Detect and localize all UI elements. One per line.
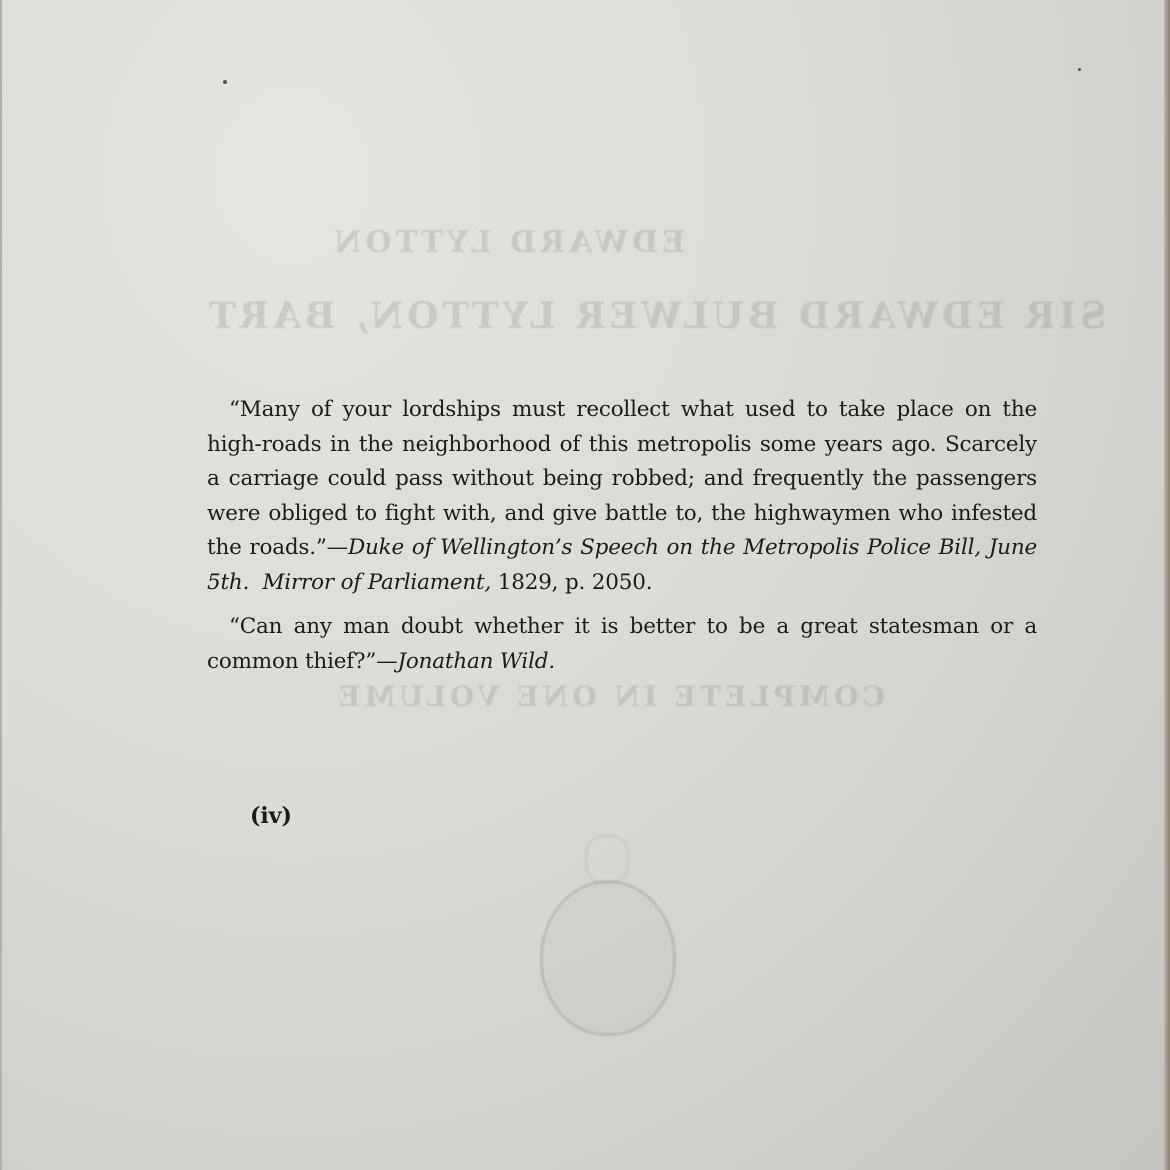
show-through-seal-icon: [540, 880, 676, 1036]
epigraph-dash: —: [327, 535, 348, 560]
epigraph-source-citation: 1829, p. 2050.: [491, 570, 652, 595]
show-through-text-line-2: SIR EDWARD BULWER LYTTON, BART: [205, 295, 1106, 337]
epigraph-source-title: Mirror of Parliament,: [262, 570, 491, 595]
epigraph-block: “Many of your lordships must recollect w…: [207, 393, 1037, 679]
page-number: (iv): [250, 803, 292, 829]
epigraph-quote-text: “Can any man doubt whether it is better …: [207, 614, 1037, 674]
paper-speck: [223, 80, 227, 84]
book-page: EDWARD LYTTON SIR EDWARD BULWER LYTTON, …: [0, 0, 1170, 1170]
show-through-seal-top-icon: [585, 835, 629, 884]
epigraph-wellington: “Many of your lordships must recollect w…: [207, 393, 1037, 600]
epigraph-attribution: Jonathan Wild.: [397, 649, 554, 674]
epigraph-dash: —: [376, 649, 397, 674]
epigraph-jonathan-wild: “Can any man doubt whether it is better …: [207, 610, 1037, 679]
paper-speck: [1078, 68, 1081, 71]
show-through-text-line-3: COMPLETE IN ONE VOLUME: [335, 680, 885, 713]
show-through-text-line-1: EDWARD LYTTON: [330, 225, 685, 260]
